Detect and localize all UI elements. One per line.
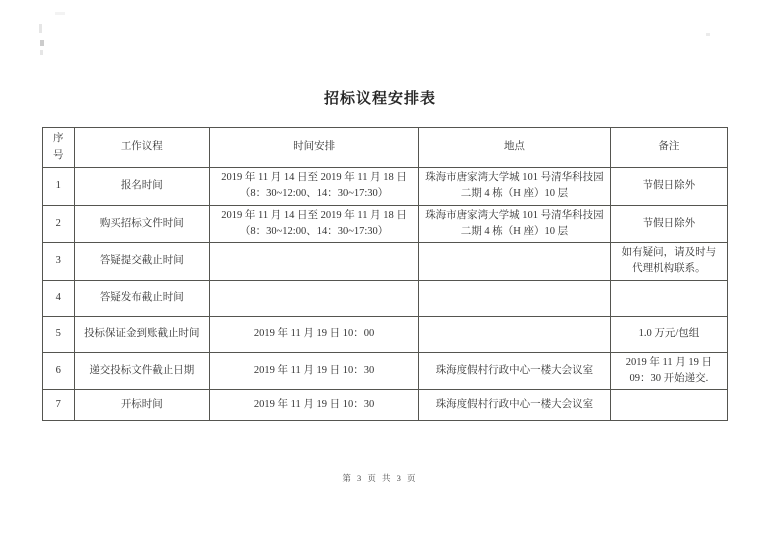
cell-remark: 节假日除外 [610,168,727,206]
cell-location [419,316,611,352]
cell-remark: 如有疑问，请及时与代理机构联系。 [610,243,727,281]
cell-location: 珠海市唐家湾大学城 101 号清华科技园二期 4 栋（H 座）10 层 [419,205,611,243]
cell-no: 7 [43,390,75,421]
cell-remark: 1.0 万元/包组 [610,316,727,352]
cell-time: 2019 年 11 月 14 日至 2019 年 11 月 18 日 （8：30… [210,168,419,206]
table-row: 2 购买招标文件时间 2019 年 11 月 14 日至 2019 年 11 月… [43,205,728,243]
cell-time: 2019 年 11 月 14 日至 2019 年 11 月 18 日 （8：30… [210,205,419,243]
cell-time [210,243,419,281]
header-cell-location: 地点 [419,128,611,168]
table-row: 5 投标保证金到账截止时间 2019 年 11 月 19 日 10：00 1.0… [43,316,728,352]
cell-time [210,280,419,316]
table-header-row: 序号 工作议程 时间安排 地点 备注 [43,128,728,168]
page-title: 招标议程安排表 [0,87,760,108]
cell-location [419,243,611,281]
table-row: 4 答疑发布截止时间 [43,280,728,316]
cell-location: 珠海度假村行政中心一楼大会议室 [419,352,611,390]
cell-remark: 2019 年 11 月 19 日 09：30 开始递交. [610,352,727,390]
cell-no: 1 [43,168,75,206]
cell-remark: 节假日除外 [610,205,727,243]
cell-agenda: 答疑发布截止时间 [74,280,210,316]
cell-no: 3 [43,243,75,281]
table-row: 1 报名时间 2019 年 11 月 14 日至 2019 年 11 月 18 … [43,168,728,206]
table-row: 3 答疑提交截止时间 如有疑问，请及时与代理机构联系。 [43,243,728,281]
header-cell-remark: 备注 [610,128,727,168]
scan-artifact [40,40,44,46]
cell-agenda: 开标时间 [74,390,210,421]
page-number-footer: 第 3 页 共 3 页 [0,472,760,484]
cell-no: 2 [43,205,75,243]
table-row: 6 递交投标文件截止日期 2019 年 11 月 19 日 10：30 珠海度假… [43,352,728,390]
cell-remark [610,280,727,316]
cell-agenda: 购买招标文件时间 [74,205,210,243]
header-cell-no: 序号 [43,128,75,168]
cell-location: 珠海度假村行政中心一楼大会议室 [419,390,611,421]
cell-agenda: 答疑提交截止时间 [74,243,210,281]
cell-agenda: 递交投标文件截止日期 [74,352,210,390]
cell-agenda: 报名时间 [74,168,210,206]
cell-no: 5 [43,316,75,352]
scan-artifact [40,50,43,55]
cell-time: 2019 年 11 月 19 日 10：00 [210,316,419,352]
cell-no: 6 [43,352,75,390]
cell-location [419,280,611,316]
cell-location: 珠海市唐家湾大学城 101 号清华科技园二期 4 栋（H 座）10 层 [419,168,611,206]
bidding-agenda-table: 序号 工作议程 时间安排 地点 备注 1 报名时间 2019 年 11 月 14… [42,127,728,421]
cell-time: 2019 年 11 月 19 日 10：30 [210,352,419,390]
cell-time: 2019 年 11 月 19 日 10：30 [210,390,419,421]
header-cell-agenda: 工作议程 [74,128,210,168]
header-cell-time: 时间安排 [210,128,419,168]
cell-remark [610,390,727,421]
cell-no: 4 [43,280,75,316]
scan-artifact [39,24,42,33]
scan-artifact [55,12,65,15]
table-row: 7 开标时间 2019 年 11 月 19 日 10：30 珠海度假村行政中心一… [43,390,728,421]
cell-agenda: 投标保证金到账截止时间 [74,316,210,352]
scan-artifact [706,33,710,36]
